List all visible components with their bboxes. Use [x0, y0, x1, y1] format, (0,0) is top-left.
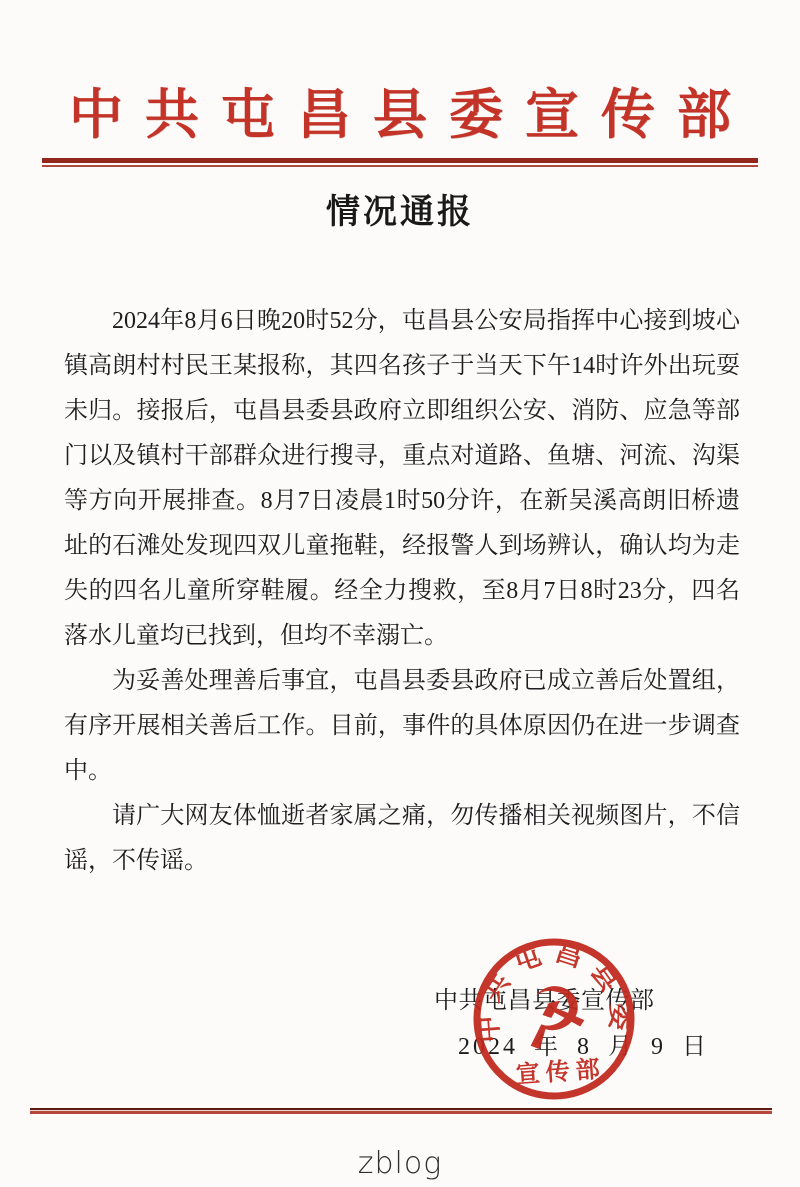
document-title: 情况通报: [0, 191, 800, 235]
hammer-and-sickle-icon: ☭: [508, 964, 600, 1072]
body-paragraph-3: 请广大网友体恤逝者家属之痛，勿传播相关视频图片，不信谣，不传谣。: [64, 794, 740, 884]
official-seal: 中共屯昌县委 ☭ 宣传部: [462, 927, 646, 1111]
letterhead-rule-thin: [42, 165, 758, 167]
letterhead-rule: [42, 158, 758, 167]
document-body: 2024年8月6日晚20时52分，屯昌县公安局指挥中心接到坡心镇高朗村村民王某报…: [64, 299, 740, 884]
letterhead-rule-thick: [42, 158, 758, 163]
footer-rule: [30, 1108, 772, 1114]
body-paragraph-1: 2024年8月6日晚20时52分，屯昌县公安局指挥中心接到坡心镇高朗村村民王某报…: [64, 299, 740, 659]
body-paragraph-2: 为妥善处理善后事宜，屯昌县委县政府已成立善后处置组，有序开展相关善后工作。目前，…: [64, 659, 740, 794]
document-page: 中共屯昌县委宣传部 情况通报 2024年8月6日晚20时52分，屯昌县公安局指挥…: [0, 0, 800, 1187]
letterhead-org-name: 中共屯昌县委宣传部: [0, 0, 800, 142]
watermark: zblog: [0, 1146, 800, 1181]
